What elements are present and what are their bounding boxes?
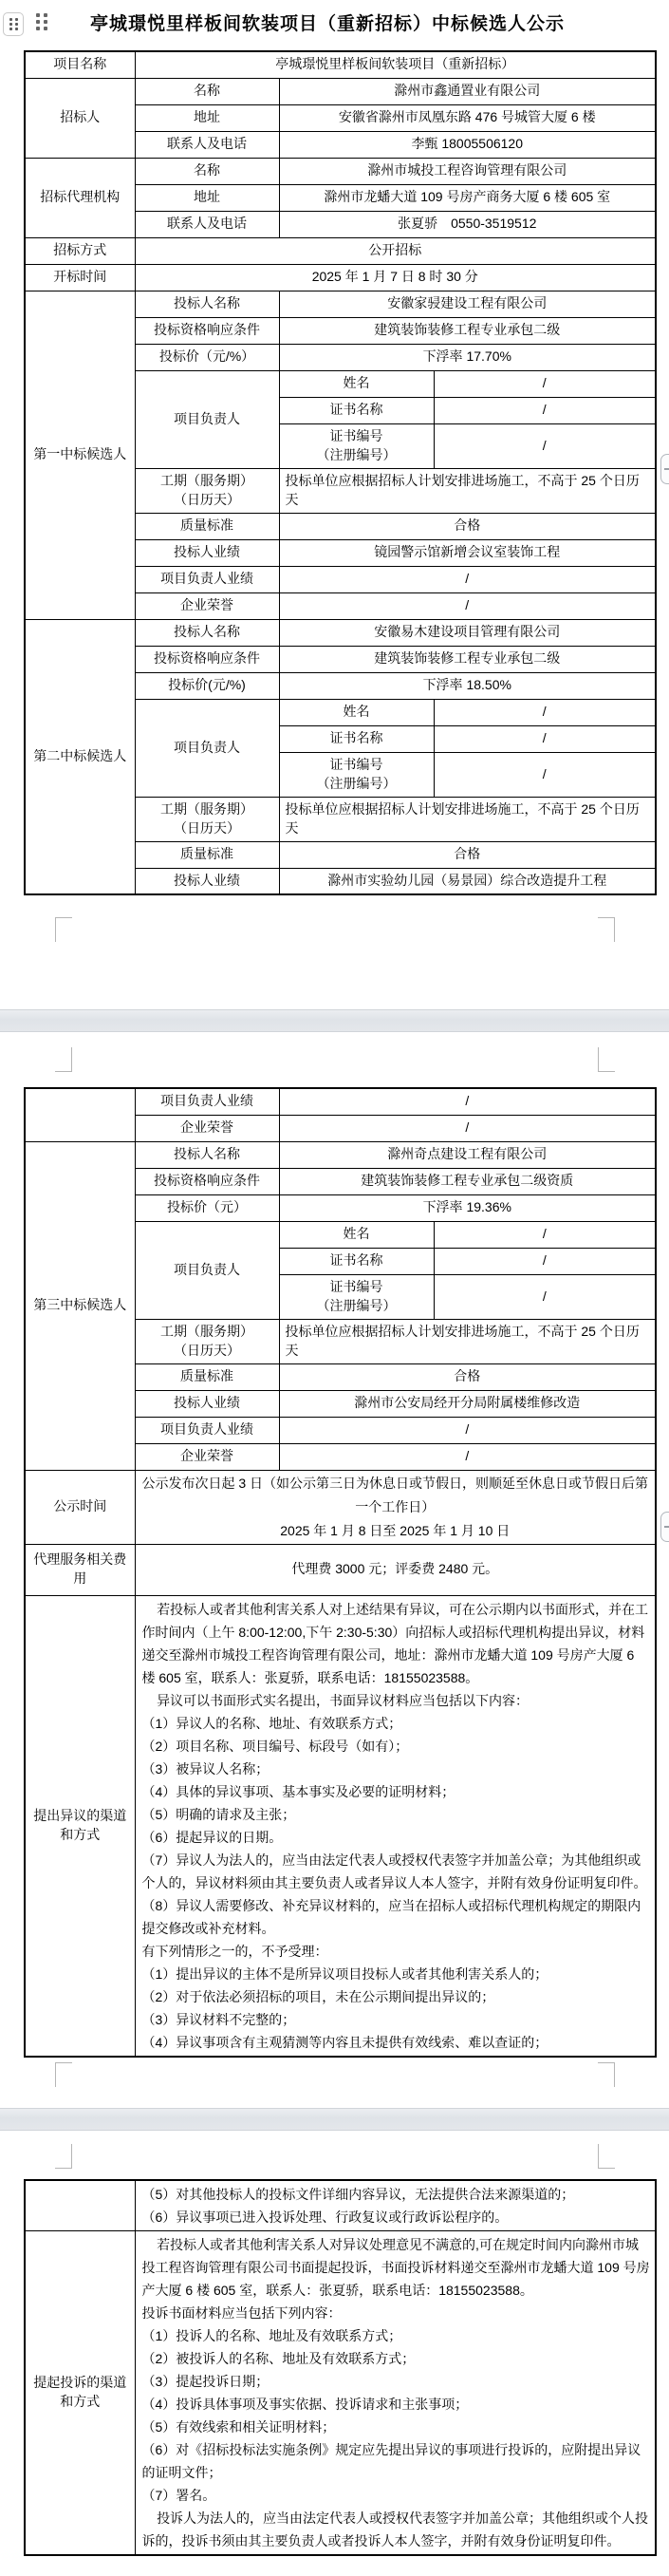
- candidate3-pm-performance: /: [279, 1417, 656, 1443]
- side-toolbar-button[interactable]: [660, 1512, 669, 1542]
- candidate2-pm-performance: /: [279, 1088, 656, 1115]
- page-corner-mark: [55, 2062, 72, 2087]
- candidate2-price: 下浮率 18.50%: [279, 672, 656, 699]
- bidder-name-label: 投标人名称: [135, 291, 279, 317]
- project-name-value: 亭城璟悦里样板间软装项目（重新招标）: [135, 51, 656, 78]
- candidate1-cert-name: /: [434, 397, 656, 423]
- pm-label: 项目负责人: [135, 699, 279, 797]
- agency-name-label: 名称: [135, 158, 279, 184]
- objection-channel-text-continued: （5）对其他投标人的投标文件详细内容异议，无法提供合法来源渠道的； （6）异议事…: [135, 2180, 656, 2231]
- cert-name-label: 证书名称: [279, 397, 434, 423]
- tenderer-contact-value: 李甄 18005506120: [279, 131, 656, 158]
- agency-name-value: 滁州市城投工程咨询管理有限公司: [279, 158, 656, 184]
- candidate2-cert-name: /: [434, 725, 656, 752]
- duration-label: 工期（服务期） （日历天）: [135, 797, 279, 841]
- duration-label: 工期（服务期） （日历天）: [135, 468, 279, 513]
- agency-contact-label: 联系人及电话: [135, 211, 279, 237]
- price-label: 投标价（元/%）: [135, 344, 279, 370]
- side-toolbar-button[interactable]: [660, 454, 669, 484]
- candidate2-rank-label: 第二中标候选人: [25, 619, 135, 894]
- bid-announcement-table-page3: （5）对其他投标人的投标文件详细内容异议，无法提供合法来源渠道的； （6）异议事…: [24, 2179, 657, 2556]
- pm-label: 项目负责人: [135, 1221, 279, 1319]
- bidder-name-label: 投标人名称: [135, 619, 279, 646]
- page-corner-mark: [55, 2144, 72, 2169]
- method-value: 公开招标: [135, 237, 656, 264]
- candidate1-cert-no: /: [434, 423, 656, 468]
- project-name-label: 项目名称: [25, 51, 135, 78]
- candidate2-pm-name: /: [434, 699, 656, 725]
- candidate1-rank-label: 第一中标候选人: [25, 291, 135, 619]
- tenderer-addr-label: 地址: [135, 104, 279, 131]
- tenderer-addr-value: 安徽省滁州市凤凰东路 476 号城管大厦 6 楼: [279, 104, 656, 131]
- page-corner-mark: [598, 917, 615, 942]
- bid-announcement-table-page2: 项目负责人业绩 / 企业荣誉 / 第三中标候选人 投标人名称 滁州奇点建设工程有…: [24, 1087, 657, 2058]
- drag-handle-icon: [9, 18, 18, 30]
- candidate1-qualification: 建筑装饰装修工程专业承包二级: [279, 317, 656, 344]
- pm-performance-label: 项目负责人业绩: [135, 1088, 279, 1115]
- qualification-label: 投标资格响应条件: [135, 646, 279, 672]
- page-title: 亭城璟悦里样板间软装项目（重新招标）中标候选人公示: [24, 9, 631, 35]
- tenderer-contact-label: 联系人及电话: [135, 131, 279, 158]
- candidate2-duration: 投标单位应根据招标人计划安排进场施工，不高于 25 个日历天: [279, 797, 656, 841]
- page-separator: [0, 2108, 669, 2131]
- tenderer-name-label: 名称: [135, 78, 279, 104]
- honor-label: 企业荣誉: [135, 1115, 279, 1141]
- candidate3-qualification: 建筑装饰装修工程专业承包二级资质: [279, 1168, 656, 1194]
- bid-opening-value: 2025 年 1 月 7 日 8 时 30 分: [135, 264, 656, 291]
- candidate3-honor: /: [279, 1443, 656, 1470]
- candidate2-qualification: 建筑装饰装修工程专业承包二级: [279, 646, 656, 672]
- objection-channel-text: 若投标人或者其他利害关系人对上述结果有异议，可在公示期内以书面形式，并在工作时间…: [135, 1595, 656, 2057]
- candidate1-quality: 合格: [279, 513, 656, 539]
- cert-no-label: 证书编号 （注册编号）: [279, 423, 434, 468]
- candidate1-price: 下浮率 17.70%: [279, 344, 656, 370]
- objection-channel-label: 提出异议的渠道和方式: [25, 1595, 135, 2057]
- candidate2-quality: 合格: [279, 841, 656, 868]
- candidate3-rank-label: 第三中标候选人: [25, 1141, 135, 1470]
- candidate1-duration: 投标单位应根据招标人计划安排进场施工，不高于 25 个日历天: [279, 468, 656, 513]
- candidate3-performance: 滁州市公安局经开分局附属楼维修改造: [279, 1390, 656, 1417]
- candidate2-name: 安徽易木建设项目管理有限公司: [279, 619, 656, 646]
- price-label: 投标价(元/%): [135, 672, 279, 699]
- cert-name-label: 证书名称: [279, 1248, 434, 1274]
- cert-no-label: 证书编号 （注册编号）: [279, 1274, 434, 1319]
- candidate1-pm-name: /: [434, 370, 656, 397]
- candidate1-honor: /: [279, 592, 656, 619]
- cert-name-label: 证书名称: [279, 725, 434, 752]
- honor-label: 企业荣誉: [135, 1443, 279, 1470]
- performance-label: 投标人业绩: [135, 539, 279, 566]
- pm-name-label: 姓名: [279, 370, 434, 397]
- agency-fee-value: 代理费 3000 元；评委费 2480 元。: [135, 1544, 656, 1595]
- bidder-name-label: 投标人名称: [135, 1141, 279, 1168]
- candidate3-cert-name: /: [434, 1248, 656, 1274]
- candidate2-honor: /: [279, 1115, 656, 1141]
- candidate3-name: 滁州奇点建设工程有限公司: [279, 1141, 656, 1168]
- cert-no-label: 证书编号 （注册编号）: [279, 752, 434, 797]
- quality-label: 质量标准: [135, 841, 279, 868]
- pm-label: 项目负责人: [135, 370, 279, 468]
- candidate3-pm-name: /: [434, 1221, 656, 1248]
- drag-handle-button[interactable]: [3, 12, 24, 36]
- bid-opening-label: 开标时间: [25, 264, 135, 291]
- pm-performance-label: 项目负责人业绩: [135, 1417, 279, 1443]
- candidate3-cert-no: /: [434, 1274, 656, 1319]
- performance-label: 投标人业绩: [135, 868, 279, 894]
- candidate1-name: 安徽家骎建设工程有限公司: [279, 291, 656, 317]
- agency-addr-value: 滁州市龙蟠大道 109 号房产商务大厦 6 楼 605 室: [279, 184, 656, 211]
- publicity-period-label: 公示时间: [25, 1470, 135, 1544]
- complaint-channel-label: 提起投诉的渠道和方式: [25, 2231, 135, 2556]
- bid-announcement-table-page1: 项目名称 亭城璟悦里样板间软装项目（重新招标） 招标人 名称 滁州市鑫通置业有限…: [24, 50, 657, 895]
- agency-addr-label: 地址: [135, 184, 279, 211]
- duration-label: 工期（服务期） （日历天）: [135, 1319, 279, 1363]
- tenderer-name-value: 滁州市鑫通置业有限公司: [279, 78, 656, 104]
- publicity-period-value: 公示发布次日起 3 日（如公示第三日为休息日或节假日，则顺延至休息日或节假日后第…: [135, 1470, 656, 1544]
- page-corner-mark: [598, 2144, 615, 2169]
- page-corner-mark: [598, 1047, 615, 1072]
- page-corner-mark: [55, 917, 72, 942]
- page-corner-mark: [55, 1047, 72, 1072]
- agency-fee-label: 代理服务相关费用: [25, 1544, 135, 1595]
- pm-performance-label: 项目负责人业绩: [135, 566, 279, 592]
- quality-label: 质量标准: [135, 513, 279, 539]
- candidate3-duration: 投标单位应根据招标人计划安排进场施工，不高于 25 个日历天: [279, 1319, 656, 1363]
- price-label: 投标价（元）: [135, 1194, 279, 1221]
- candidate3-price: 下浮率 19.36%: [279, 1194, 656, 1221]
- candidate3-quality: 合格: [279, 1363, 656, 1390]
- agency-contact-value: 张夏骄 0550-3519512: [279, 211, 656, 237]
- pm-name-label: 姓名: [279, 1221, 434, 1248]
- performance-label: 投标人业绩: [135, 1390, 279, 1417]
- candidate1-pm-performance: /: [279, 566, 656, 592]
- page-separator: [0, 1009, 669, 1032]
- candidate1-performance: 镜园警示馆新增会议室装饰工程: [279, 539, 656, 566]
- tenderer-label: 招标人: [25, 78, 135, 158]
- complaint-channel-text: 若投标人或者其他利害关系人对异议处理意见不满意的,可在规定时间内向滁州市城投工程…: [135, 2231, 656, 2556]
- qualification-label: 投标资格响应条件: [135, 1168, 279, 1194]
- honor-label: 企业荣誉: [135, 592, 279, 619]
- pm-name-label: 姓名: [279, 699, 434, 725]
- objection-channel-continued-empty: [25, 2180, 135, 2231]
- candidate2-rank-continued-empty: [25, 1088, 135, 1141]
- candidate2-performance: 滁州市实验幼儿园（易景园）综合改造提升工程: [279, 868, 656, 894]
- agency-label: 招标代理机构: [25, 158, 135, 237]
- collapsed-handle-icon: [664, 468, 669, 470]
- page-corner-mark: [598, 2062, 615, 2087]
- candidate2-cert-no: /: [434, 752, 656, 797]
- collapsed-handle-icon: [664, 1526, 669, 1528]
- qualification-label: 投标资格响应条件: [135, 317, 279, 344]
- quality-label: 质量标准: [135, 1363, 279, 1390]
- method-label: 招标方式: [25, 237, 135, 264]
